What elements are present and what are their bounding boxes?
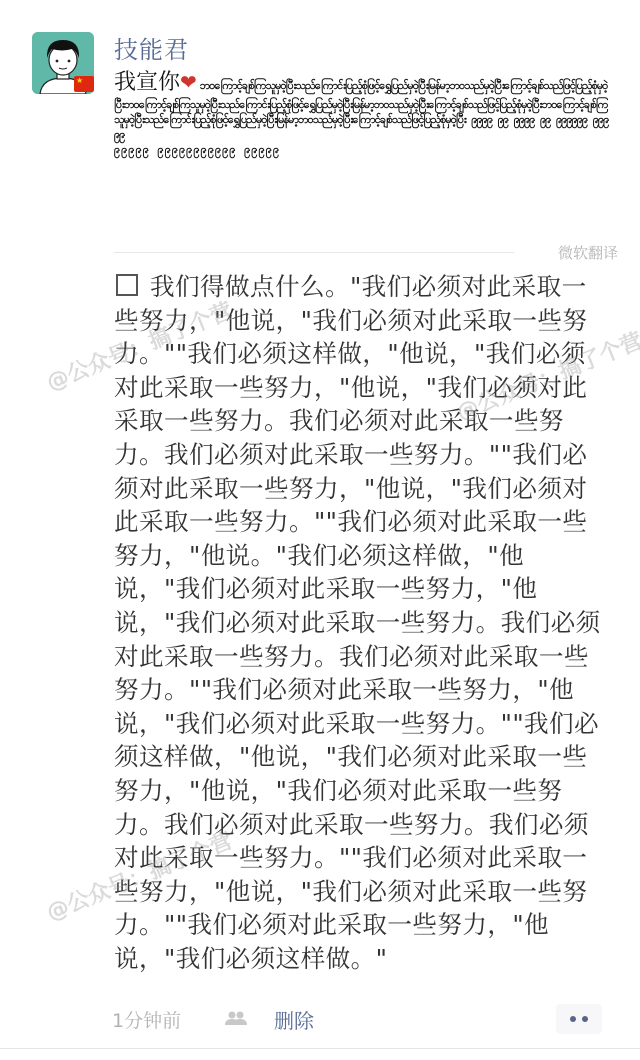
translation-provider-label: 微软翻译	[558, 242, 618, 263]
delete-button[interactable]: 删除	[274, 1005, 314, 1034]
post-separator	[0, 1048, 640, 1049]
broken-heart-icon: ❤	[180, 70, 196, 94]
more-button[interactable]	[556, 1004, 602, 1034]
friends-icon	[224, 1010, 248, 1026]
china-flag-icon: ★	[74, 76, 94, 92]
translated-text-content: 我们得做点什么。"我们必须对此采取一些努力，"他说，"我们必须对此采取一些努力。…	[114, 272, 601, 973]
unrendered-glyph-box-icon	[116, 274, 138, 296]
original-text-tail: ၉၉၉၉၉ ၉၉၉၉၉၉၉၉၉၉၉ ၉၉၉၉၉	[114, 143, 280, 156]
more-dots-icon	[582, 1016, 588, 1022]
original-text-lead: 我宣你	[114, 70, 180, 95]
author-name[interactable]: 技能君	[114, 30, 189, 65]
original-post-text: 我宣你❤ ဘ၀ကြောင့်ချစ်ကြသူမှ၀ဲ့ပြီးသည်ကြောင်…	[114, 70, 610, 225]
post-timestamp: 1分钟前	[112, 1006, 181, 1033]
translation-divider	[114, 252, 514, 253]
translated-text: 我们得做点什么。"我们必须对此采取一些努力，"他说，"我们必须对此采取一些努力。…	[114, 270, 606, 975]
more-dots-icon	[570, 1016, 576, 1022]
